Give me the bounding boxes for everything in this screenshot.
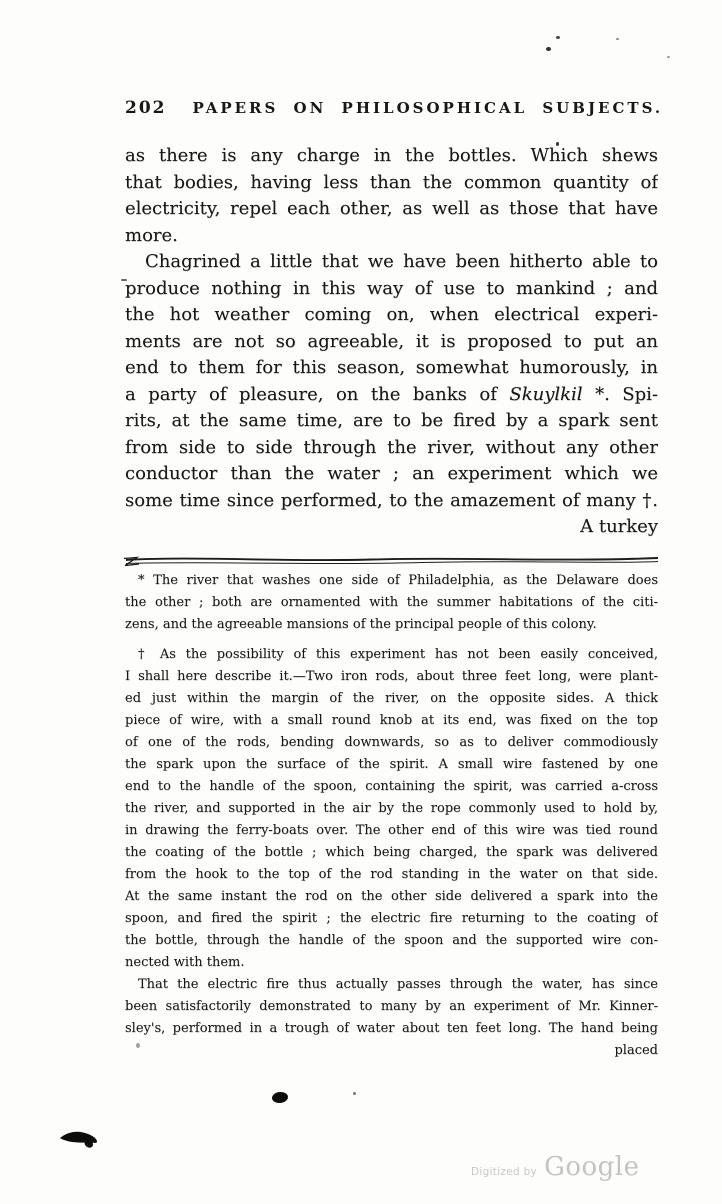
scan-speck [556,36,560,39]
text-line: end to them for this season, somewhat hu… [125,355,658,382]
scan-speck [667,56,670,58]
footnote-line: ed just within the margin of the river, … [125,688,658,710]
ink-blob [59,1128,101,1156]
footnote-line: zens, and the agreeable mansions of the … [125,614,658,636]
text-line: produce nothing in this way of use to ma… [125,276,658,303]
scan-speck [616,38,619,40]
italic-word-skuylkil: Skuylkil [509,384,582,405]
page-number: 202 [125,98,167,118]
footnote-line: end to the handle of the spoon, containi… [125,776,658,798]
google-logo: Google [544,1152,639,1182]
footnote-line: in drawing the ferry-boats over. The oth… [125,820,658,842]
footnote-line: * The river that washes one side of Phil… [125,570,658,592]
main-text: as there is any charge in the bottles. W… [125,143,658,541]
scan-speck [556,142,559,146]
text-line: as there is any charge in the bottles. W… [125,143,658,170]
footnote-line: At the same instant the rod on the other… [125,886,658,908]
footnote-line: the river, and supported in the air by t… [125,798,658,820]
text-line: rits, at the same time, are to be fired … [125,408,658,435]
scan-speck [136,1043,140,1048]
text-line: electricity, repel each other, as well a… [125,196,658,223]
text-line: more. [125,223,658,250]
footnote-line: I shall here describe it.—Two iron rods,… [125,666,658,688]
footnote-line: the bottle, through the handle of the sp… [125,930,658,952]
scan-speck [121,279,127,281]
book-page-scan: 202 PAPERS ON PHILOSOPHICAL SUBJECTS. as… [0,0,722,1204]
text-line: conductor than the water ; an experiment… [125,461,658,488]
footnote-line: the coating of the bottle ; which being … [125,842,658,864]
text-segment: *. Spi- [583,384,658,405]
text-line: Chagrined a little that we have been hit… [125,249,658,276]
footnote-line: † As the possibility of this experiment … [125,644,658,666]
footnote-line: That the electric fire thus actually pas… [125,974,658,996]
text-line: that bodies, having less than the common… [125,170,658,197]
text-line: some time since performed, to the amazem… [125,488,658,515]
text-line-skuylkil: a party of pleasure, on the banks of Sku… [125,382,658,409]
footnote-line: spoon, and fired the spirit ; the electr… [125,908,658,930]
text-line: the hot weather coming on, when electric… [125,302,658,329]
ink-blob-icon [59,1128,101,1152]
footnote-line: the other ; both are ornamented with the… [125,592,658,614]
scan-speck [546,47,551,51]
running-header: 202 PAPERS ON PHILOSOPHICAL SUBJECTS. [125,98,658,124]
text-segment: a party of pleasure, on the banks of [125,384,509,405]
footnote-line: been satisfactorily demonstrated to many… [125,996,658,1018]
text-line: from side to side through the river, wit… [125,435,658,462]
running-title: PAPERS ON PHILOSOPHICAL SUBJECTS. [193,99,664,117]
text-line: ments are not so agreeable, it is propos… [125,329,658,356]
digitized-by-google-watermark: Digitized by Google [471,1152,631,1192]
catchword: A turkey [125,514,658,541]
watermark-prefix: Digitized by [471,1166,537,1178]
scan-speck [353,1092,356,1095]
footnote-2: † As the possibility of this experiment … [125,644,658,1062]
double-rule-icon [122,555,660,569]
footnote-line: nected with them. [125,952,658,974]
footnote-line: piece of wire, with a small round knob a… [125,710,658,732]
footnote-line: sley's, performed in a trough of water a… [125,1018,658,1040]
footnote-line: the spark upon the surface of the spirit… [125,754,658,776]
footnote-line: of one of the rods, bending downwards, s… [125,732,658,754]
catchword: placed [125,1040,658,1062]
footnote-1: * The river that washes one side of Phil… [125,570,658,636]
footnote-line: from the hook to the top of the rod stan… [125,864,658,886]
ink-dot [271,1091,288,1104]
